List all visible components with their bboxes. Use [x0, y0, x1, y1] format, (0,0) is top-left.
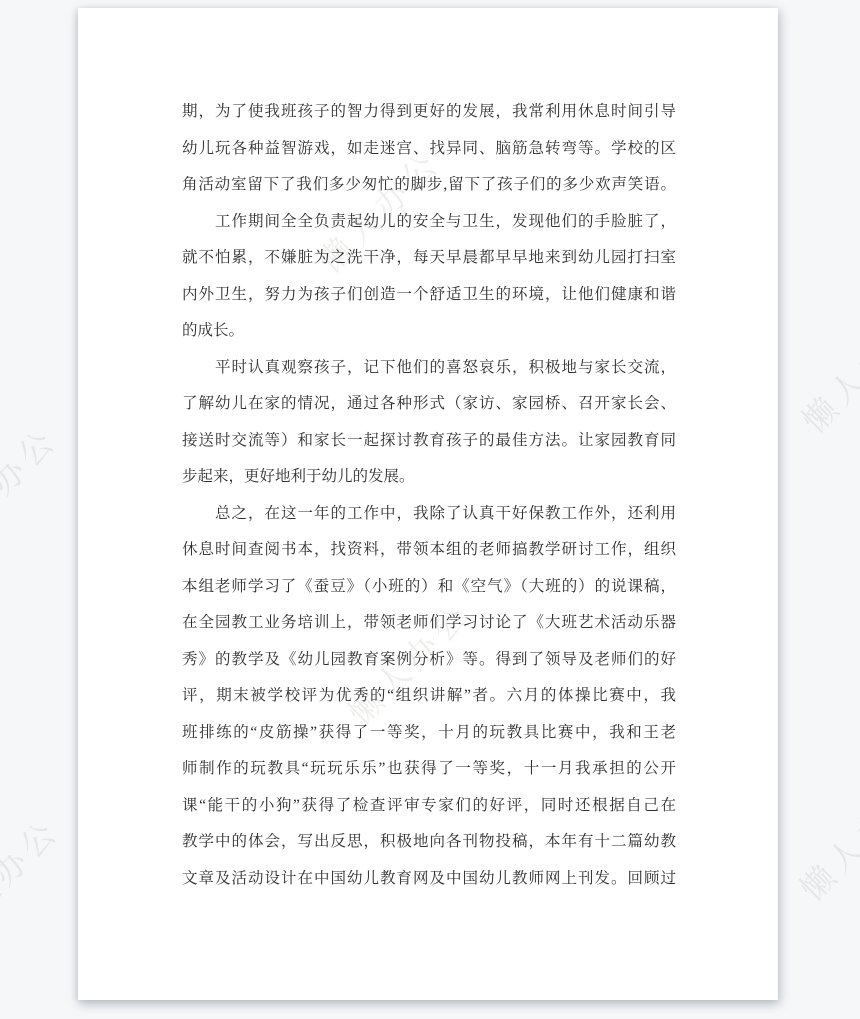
watermark: 懒人办公 [790, 298, 860, 442]
text-line: 秀》的教学及《幼儿园教育案例分析》等。得到了领导及老师们的好 [182, 642, 676, 679]
text-line: 课“能干的小狗”获得了检查评审专家们的好评，同时还根据自己在 [182, 788, 676, 825]
watermark: 懒人办公 [788, 766, 860, 910]
text-line: 总之，在这一年的工作中，我除了认真干好保教工作外，还利用 [182, 496, 676, 533]
watermark: 懒人办公 [0, 806, 69, 950]
text-line: 本组老师学习了《蚕豆》（小班的）和《空气》（大班的）的说课稿， [182, 569, 676, 606]
text-line: 平时认真观察孩子，记下他们的喜怒哀乐，积极地与家长交流， [182, 350, 676, 387]
app-background: 期，为了使我班孩子的智力得到更好的发展，我常利用休息时间引导幼儿玩各种益智游戏，… [0, 0, 860, 1019]
text-line: 幼儿玩各种益智游戏，如走迷宫、找异同、脑筋急转弯等。学校的区 [182, 131, 676, 168]
document-page: 期，为了使我班孩子的智力得到更好的发展，我常利用休息时间引导幼儿玩各种益智游戏，… [78, 8, 778, 1000]
document-text: 期，为了使我班孩子的智力得到更好的发展，我常利用休息时间引导幼儿玩各种益智游戏，… [182, 94, 676, 897]
text-line: 师制作的玩教具“玩玩乐乐”也获得了一等奖，十一月我承担的公开 [182, 751, 676, 788]
text-line: 步起来，更好地利于幼儿的发展。 [182, 459, 676, 496]
text-line: 文章及活动设计在中国幼儿教育网及中国幼儿教师网上刊发。回顾过 [182, 861, 676, 898]
watermark: 懒人办公 [0, 415, 67, 559]
text-line: 接送时交流等）和家长一起探讨教育孩子的最佳方法。让家园教育同 [182, 423, 676, 460]
text-line: 就不怕累，不嫌脏为之洗干净，每天早晨都早早地来到幼儿园打扫室 [182, 240, 676, 277]
text-line: 休息时间查阅书本，找资料，带领本组的老师搞教学研讨工作，组织 [182, 532, 676, 569]
text-line: 的成长。 [182, 313, 676, 350]
text-line: 在全园教工业务培训上，带领老师们学习讨论了《大班艺术活动乐器 [182, 605, 676, 642]
text-line: 内外卫生，努力为孩子们创造一个舒适卫生的环境，让他们健康和谐 [182, 277, 676, 314]
text-line: 教学中的体会，写出反思，积极地向各刊物投稿，本年有十二篇幼教 [182, 824, 676, 861]
text-line: 角活动室留下了我们多少匆忙的脚步,留下了孩子们的多少欢声笑语。 [182, 167, 676, 204]
text-line: 工作期间全全负责起幼儿的安全与卫生，发现他们的手脸脏了， [182, 204, 676, 241]
text-line: 期，为了使我班孩子的智力得到更好的发展，我常利用休息时间引导 [182, 94, 676, 131]
text-line: 评，期末被学校评为优秀的“组织讲解”者。六月的体操比赛中，我 [182, 678, 676, 715]
text-line: 班排练的“皮筋操”获得了一等奖，十月的玩教具比赛中，我和王老 [182, 715, 676, 752]
text-line: 了解幼儿在家的情况，通过各种形式（家访、家园桥、召开家长会、 [182, 386, 676, 423]
